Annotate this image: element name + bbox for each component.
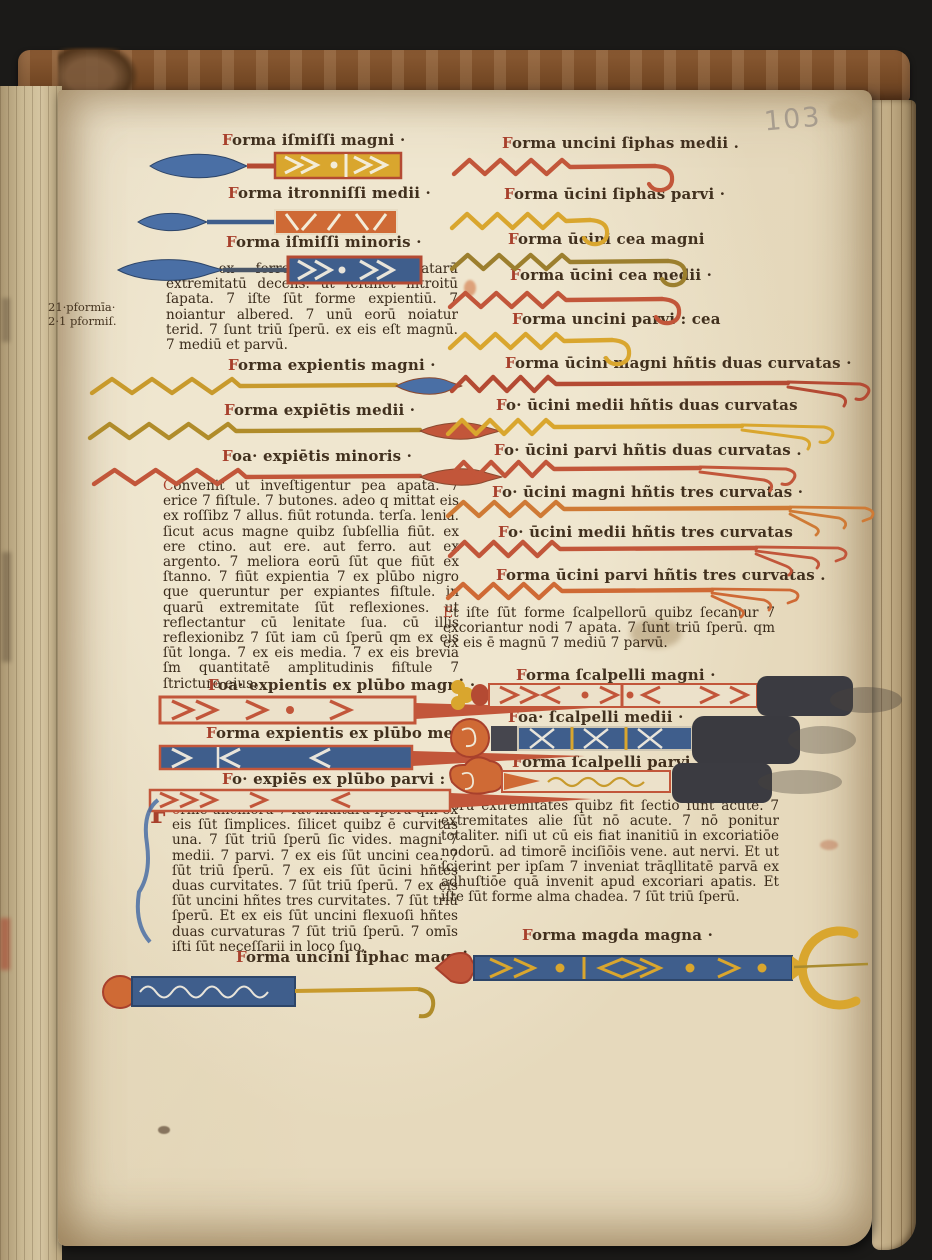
caption-lead-probe-small: Fo· expiēs ex plūbo parvi : [222, 770, 445, 788]
caption-lancet-small: Forma iſmiſſi minoris · [226, 233, 422, 251]
caption-magda: Forma magda magna · [522, 926, 713, 944]
small-mark [158, 1126, 170, 1134]
paragraph-scalpels: Et iſte ſūt forme ſcalpellorū quibz ſeca… [443, 606, 775, 652]
caption-lancet-medium: Forma itronniſſi medii · [228, 184, 431, 202]
caption-hook-3: Forma ūcini cea medii · [510, 266, 712, 284]
decorated-initial: F [150, 800, 168, 830]
caption-scalpel-medium: Foa· ſcalpelli medii · [508, 708, 684, 726]
stain-faint [828, 100, 862, 122]
caption-lead-probe-medium: Forma expientis ex plūbo medii · [206, 724, 487, 742]
margin-note: 21·pformīa· 2·1 pformiſ. [48, 300, 116, 328]
caption-hook-4: Forma uncini parvi : cea [512, 310, 721, 328]
caption-probe-medium: Forma expiētis medii · [224, 401, 415, 419]
paragraph-blades: Eorū extremitates quibz fit ſectio ſunt … [441, 799, 779, 905]
caption-hook-5: Forma ūcini magni hñtis duas curvatas · [505, 354, 852, 372]
caption-scalpel-small: Forma ſcalpelli parvi · [512, 753, 701, 771]
red-fleck [820, 840, 838, 850]
caption-hook-9: Fo· ūcini medii hñtis tres curvatas [498, 523, 793, 541]
caption-hook-1: Forma ūcini ſiphas parvi · [504, 185, 725, 203]
caption-hook-2: Forma ūcini cea magni [508, 230, 705, 248]
paragraph-hooks: orme uncinorū 7 ſūt multarū ſperū qm ex … [172, 803, 458, 955]
caption-hook-7: Fo· ūcini parvi hñtis duas curvatas . [494, 441, 802, 459]
caption-hook-8: Fo· ūcini magni hñtis tres curvatas · [492, 483, 803, 501]
paragraph-probes: Convenit ut inveſtigentur pea apata. 7 e… [163, 479, 459, 692]
margin-note-line1: 21·pformīa· [48, 300, 116, 314]
caption-lancet-large: Forma iſmiſſi magni · [222, 131, 405, 149]
caption-hook-10: Forma ūcini parvi hñtis tres curvatas . [496, 566, 826, 584]
folio-number: 103 [763, 102, 823, 138]
caption-hook-0: Forma uncini ſiphas medii . [502, 134, 739, 152]
margin-ghost-text [2, 552, 11, 662]
caption-probe-large: Forma expientis magni · [228, 356, 436, 374]
manuscript-photo: 103 21·pformīa· 2·1 pformiſ. Forma iſmiſ… [0, 0, 932, 1260]
caption-scalpel-large: Forma ſcalpelli magni · [516, 666, 716, 684]
caption-probe-small: Foa· expiētis minoris · [222, 447, 412, 465]
caption-lead-probe-large: Foa· expientis ex plūbo magni · [208, 676, 475, 694]
margin-ghost-text [2, 298, 10, 342]
paragraph-lancets: fiant ex ferro alfulud quadratarū extrem… [166, 262, 458, 353]
pigment-fleck [464, 280, 476, 296]
right-page-stack-edges [872, 100, 916, 1250]
margin-note-line2: 2·1 pformiſ. [48, 314, 116, 328]
margin-red-scribble [0, 918, 10, 970]
caption-siphac-hook: Forma uncini ſiphac magni [236, 948, 468, 966]
left-page-block-edges [0, 86, 62, 1260]
caption-hook-6: Fo· ūcini medii hñtis duas curvatas [496, 396, 798, 414]
